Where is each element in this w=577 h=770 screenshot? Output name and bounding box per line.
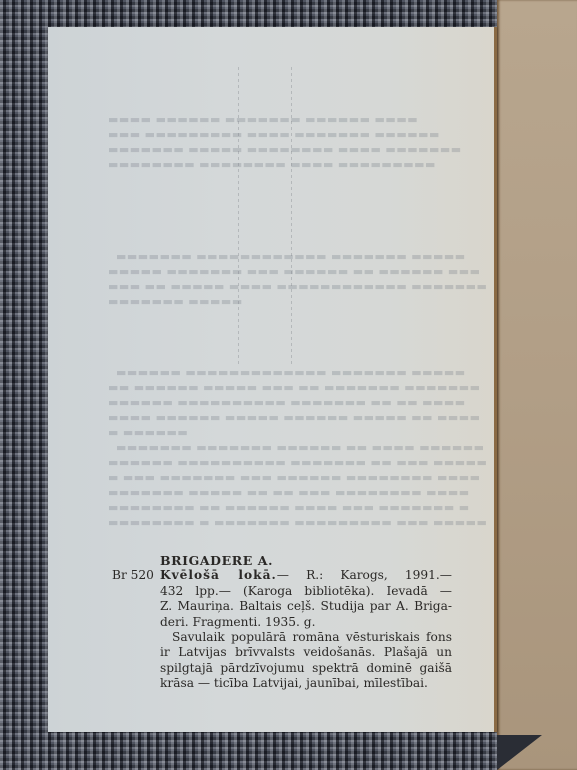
imprint-line: — R.: Karogs, 1991.— <box>277 568 452 582</box>
imprint-line: deri. Fragmenti. 1935. g. <box>160 615 452 630</box>
annotation-line: ir Latvijas brīvvalsts veidošanās. Plaša… <box>160 645 452 660</box>
annotation-line: krāsa — ticība Latvijai, jaunībai, mīles… <box>160 676 452 691</box>
catalog-entry: BRIGADERE A. Br 520 Kvēlošā lokā.— R.: K… <box>112 553 452 692</box>
entry-title: Kvēlošā lokā. <box>160 568 277 582</box>
book-cover <box>497 0 577 770</box>
entry-annotation: Savulaik populārā romāna vēsturiskais fo… <box>160 630 452 692</box>
entry-shelf-code: Br 520 <box>112 568 160 630</box>
annotation-line: Savulaik populārā romāna vēsturiskais fo… <box>160 630 452 645</box>
imprint-line: Z. Mauriņa. Baltais ceļš. Studija par A.… <box>160 599 452 614</box>
fabric-corner <box>497 735 542 770</box>
bleed-through-text: ▬▬▬▬▬▬ ▬▬▬▬▬▬▬▬▬▬▬▬▬ ▬▬▬▬▬▬▬ ▬▬▬▬▬ ▬▬ ▬▬… <box>108 365 487 530</box>
bleed-through-text: ▬▬▬▬ ▬▬▬▬▬▬ ▬▬▬▬▬▬▬ ▬▬▬▬▬▬ ▬▬▬▬ ▬▬▬ ▬▬▬▬… <box>108 112 462 172</box>
imprint-line: 432 lpp.— (Karoga bibliotēka). Ievadā — <box>160 584 452 599</box>
bleed-through-text: ▬▬▬▬▬▬▬ ▬▬▬▬▬▬▬▬▬▬▬▬ ▬▬▬▬▬▬▬ ▬▬▬▬▬ ▬▬▬▬▬… <box>108 249 487 309</box>
entry-author: BRIGADERE A. <box>160 553 452 568</box>
annotation-line: spilgtajā pārdzīvojumu spektrā dominē ga… <box>160 661 452 676</box>
entry-imprint: Kvēlošā lokā.— R.: Karogs, 1991.— 432 lp… <box>160 568 452 630</box>
